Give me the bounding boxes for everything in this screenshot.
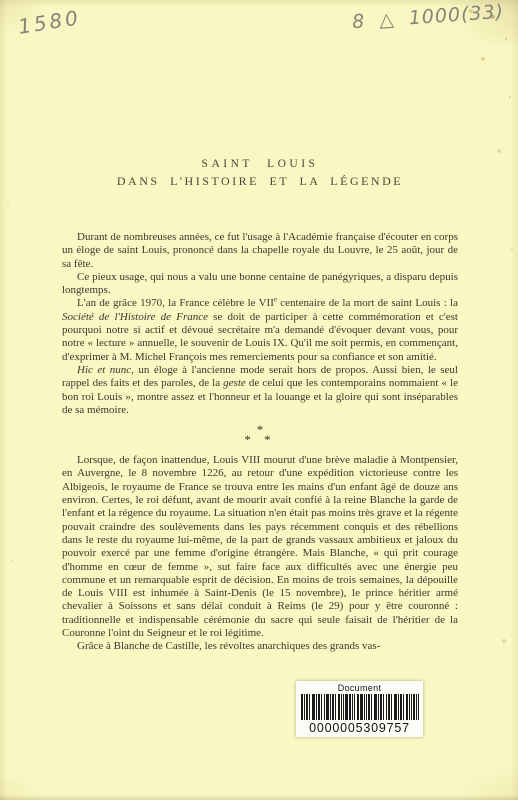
title-line-2: DANS L'HISTOIRE ET LA LÉGENDE bbox=[62, 174, 458, 189]
barcode-sticker: Document bbox=[296, 681, 423, 737]
paragraph: L'an de grâce 1970, la France célèbre le… bbox=[62, 297, 458, 363]
barcode-number: 0000005309757 bbox=[296, 721, 423, 735]
text-block-body: Lorsque, de façon inattendue, Louis VIII… bbox=[62, 454, 458, 653]
paper-speckles bbox=[0, 0, 2, 2]
paragraph: Lorsque, de façon inattendue, Louis VIII… bbox=[62, 454, 458, 640]
paragraph: Durant de nombreuses années, ce fut l'us… bbox=[62, 231, 458, 271]
printed-text-column: SAINT LOUIS DANS L'HISTOIRE ET LA LÉGEND… bbox=[62, 158, 458, 654]
asterism-bottom: * * bbox=[62, 436, 458, 444]
title-line-1: SAINT LOUIS bbox=[62, 158, 458, 170]
barcode-icon bbox=[296, 694, 423, 720]
handwritten-annotation-top-left: 1580 bbox=[17, 5, 83, 39]
paragraph: Ce pieux usage, qui nous a valu une bonn… bbox=[62, 271, 458, 298]
barcode-label-text: Document bbox=[296, 683, 423, 693]
text-block-intro: Durant de nombreuses années, ce fut l'us… bbox=[62, 231, 458, 417]
paragraph: Hic et nunc, un éloge à l'ancienne mode … bbox=[62, 364, 458, 417]
paragraph: Grâce à Blanche de Castille, les révolte… bbox=[62, 640, 458, 653]
handwritten-annotation-top-right: 8 △ 1000(33) bbox=[351, 1, 504, 34]
asterism-separator: * * * bbox=[62, 426, 458, 444]
scanned-document-page: 1580 8 △ 1000(33) SAINT LOUIS DANS L'HIS… bbox=[0, 0, 518, 800]
document-title: SAINT LOUIS DANS L'HISTOIRE ET LA LÉGEND… bbox=[62, 158, 458, 189]
